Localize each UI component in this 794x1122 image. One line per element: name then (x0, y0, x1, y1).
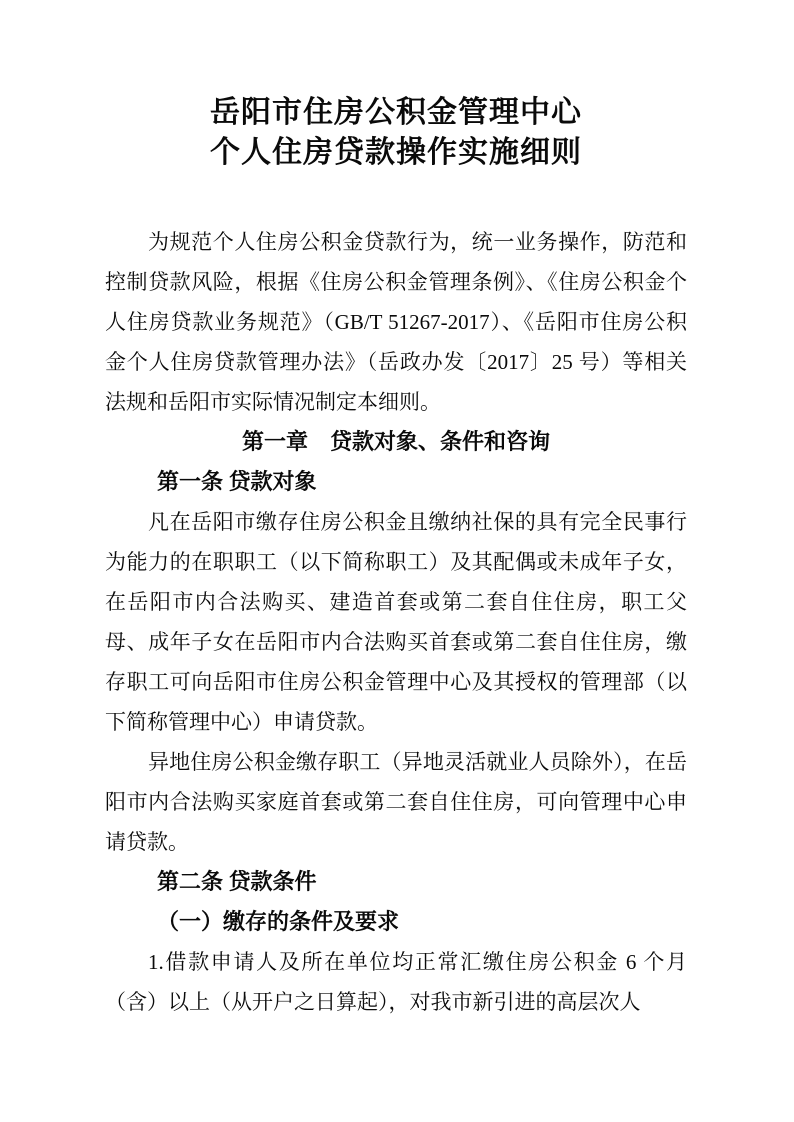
article-1-paragraph-1: 凡在岳阳市缴存住房公积金且缴纳社保的具有完全民事行为能力的在职职工（以下简称职工… (105, 502, 687, 742)
article-1-heading: 第一条 贷款对象 (105, 462, 687, 502)
article-2-clause-1-paragraph: 1.借款申请人及所在单位均正常汇缴住房公积金 6 个月（含）以上（从开户之日算起… (105, 942, 687, 1022)
document-title: 岳阳市住房公积金管理中心 个人住房贷款操作实施细则 (105, 93, 687, 173)
article-2-heading: 第二条 贷款条件 (105, 862, 687, 902)
title-line-1: 岳阳市住房公积金管理中心 (105, 93, 687, 133)
title-line-2: 个人住房贷款操作实施细则 (105, 133, 687, 173)
chapter-1-heading: 第一章 贷款对象、条件和咨询 (105, 422, 687, 462)
document-page: 岳阳市住房公积金管理中心 个人住房贷款操作实施细则 为规范个人住房公积金贷款行为… (0, 0, 794, 1122)
article-2-sub-heading-1: （一）缴存的条件及要求 (105, 902, 687, 942)
article-1-paragraph-2: 异地住房公积金缴存职工（异地灵活就业人员除外），在岳阳市内合法购买家庭首套或第二… (105, 742, 687, 862)
intro-paragraph: 为规范个人住房公积金贷款行为，统一业务操作，防范和控制贷款风险，根据《住房公积金… (105, 222, 687, 422)
